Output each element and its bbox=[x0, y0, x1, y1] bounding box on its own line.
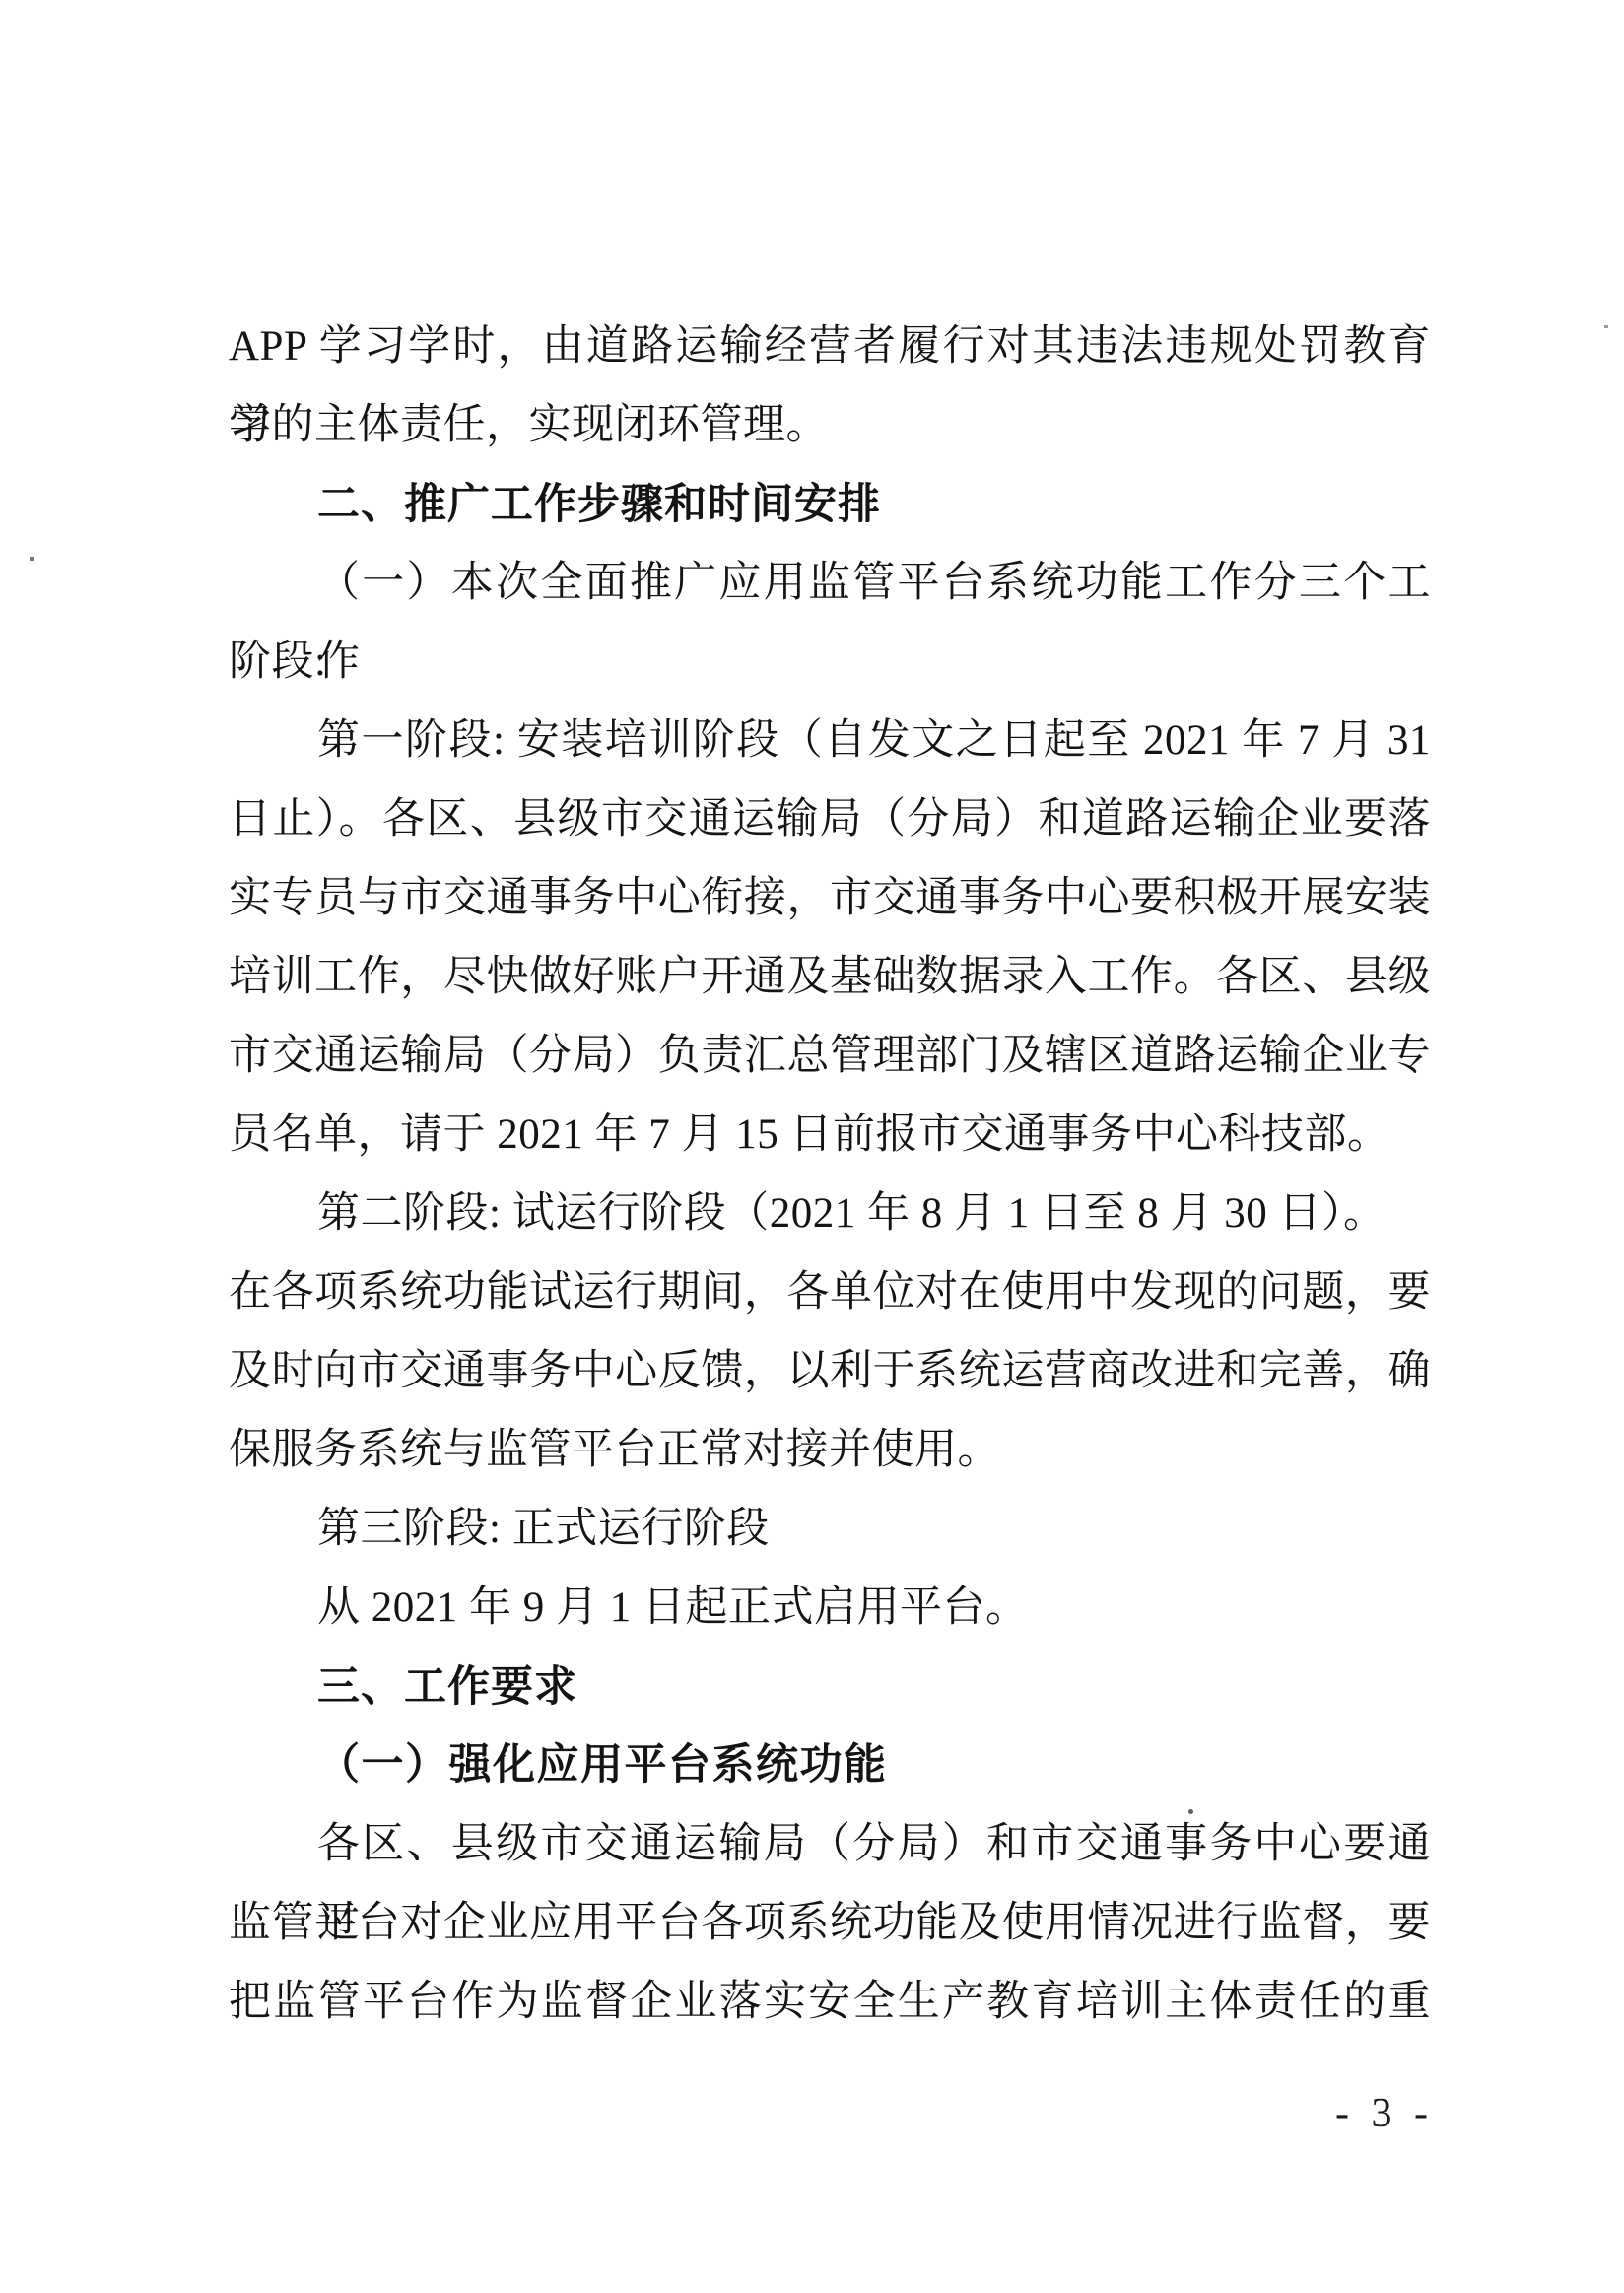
text-line: 日止）。各区、县级市交通运输局（分局）和道路运输企业要落 bbox=[229, 780, 1431, 859]
document-body: APP 学习学时，由道路运输经营者履行对其违法违规处罚教育学习的主体责任，实现闭… bbox=[229, 307, 1431, 2042]
text-line: 员名单，请于 2021 年 7 月 15 日前报市交通事务中心科技部。 bbox=[229, 1096, 1431, 1175]
text-line: 把监管平台作为监督企业落实安全生产教育培训主体责任的重 bbox=[229, 1963, 1431, 2042]
text-line: 及时向市交通事务中心反馈，以利于系统运营商改进和完善，确 bbox=[229, 1332, 1431, 1411]
text-line: 在各项系统功能试运行期间，各单位对在使用中发现的问题，要 bbox=[229, 1253, 1431, 1332]
scan-speck bbox=[30, 557, 34, 561]
text-line: 习的主体责任，实现闭环管理。 bbox=[229, 386, 1431, 465]
page-number: - 3 - bbox=[1335, 2091, 1434, 2136]
text-line: （一）本次全面推广应用监管平台系统功能工作分三个工作 bbox=[229, 544, 1431, 623]
text-line: 从 2021 年 9 月 1 日起正式启用平台。 bbox=[229, 1569, 1431, 1648]
scan-speck bbox=[1604, 325, 1608, 328]
text-line: 第一阶段: 安装培训阶段（自发文之日起至 2021 年 7 月 31 bbox=[229, 702, 1431, 780]
text-line: 保服务系统与监管平台正常对接并使用。 bbox=[229, 1411, 1431, 1490]
text-line: 第二阶段: 试运行阶段（2021 年 8 月 1 日至 8 月 30 日）。 bbox=[229, 1175, 1431, 1253]
text-line: 市交通运输局（分局）负责汇总管理部门及辖区道路运输企业专 bbox=[229, 1017, 1431, 1096]
section-heading: 三、工作要求 bbox=[229, 1648, 1431, 1726]
text-line: 监管平台对企业应用平台各项系统功能及使用情况进行监督，要 bbox=[229, 1884, 1431, 1963]
text-line: APP 学习学时，由道路运输经营者履行对其违法违规处罚教育学 bbox=[229, 307, 1431, 386]
text-line: 培训工作，尽快做好账户开通及基础数据录入工作。各区、县级 bbox=[229, 938, 1431, 1017]
text-line: 实专员与市交通事务中心衔接，市交通事务中心要积极开展安装 bbox=[229, 859, 1431, 938]
section-heading: 二、推广工作步骤和时间安排 bbox=[229, 465, 1431, 544]
scan-speck bbox=[1188, 1809, 1193, 1814]
sub-heading: （一）强化应用平台系统功能 bbox=[229, 1726, 1431, 1805]
text-line: 阶段: bbox=[229, 623, 1431, 702]
text-line: 第三阶段: 正式运行阶段 bbox=[229, 1490, 1431, 1569]
text-line: 各区、县级市交通运输局（分局）和市交通事务中心要通过 bbox=[229, 1805, 1431, 1884]
document-page: APP 学习学时，由道路运输经营者履行对其违法违规处罚教育学习的主体责任，实现闭… bbox=[0, 0, 1624, 2293]
